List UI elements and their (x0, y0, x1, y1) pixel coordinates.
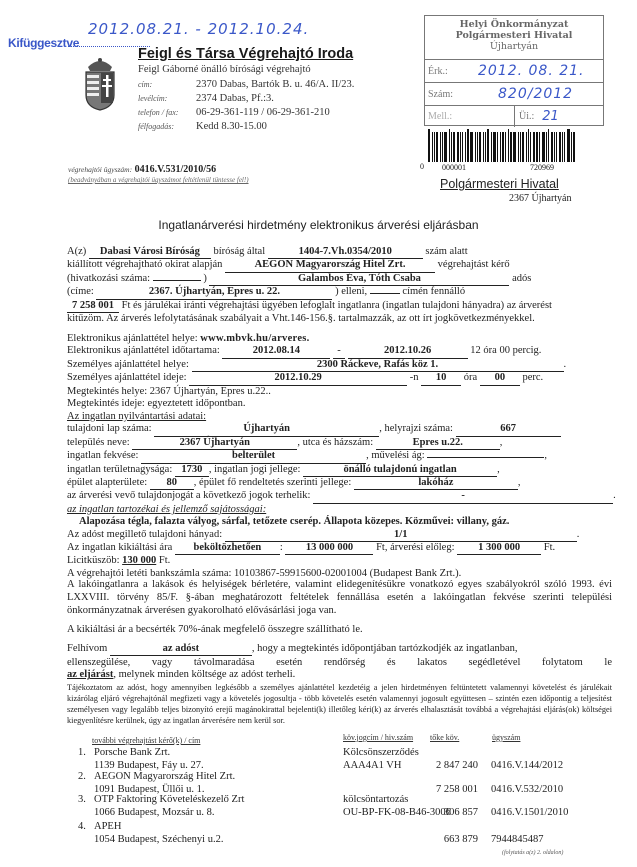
creditor-num: 3. (78, 793, 86, 806)
posted-dates-handwritten: 2012.08.21. - 2012.10.24. (88, 20, 309, 38)
personal-bid-place: 2300 Ráckeve, Rafás köz 1. (192, 359, 564, 372)
auction-section: Elektronikus ajánlattétel helye: www.mbv… (67, 333, 612, 410)
property-features: Alapozása tégla, falazta vályog, sárfal,… (67, 516, 612, 528)
case-number-row: végrehajtói ügyszám: 0416.V.531/2010/56 (68, 164, 216, 175)
creditor-address: 1054 Budapest, Széchenyi u.2. (94, 833, 223, 846)
office-info-phone: telefon / fax:06-29-361-119 / 06-29-361-… (138, 106, 354, 120)
principal-amount: 306 857 (420, 806, 478, 819)
office-info-mail: levélcím:2374 Dabas, Pf.:3. (138, 92, 354, 106)
creditor-num: 4. (78, 820, 86, 833)
szam-value: 820/2012 (498, 86, 573, 102)
col-header-creditors: további végrehajtást kérő(k) / cím (92, 736, 200, 745)
creditor-name: APEH (94, 820, 121, 833)
continued-note: (folytatás a(z) 2. oldalon) (502, 850, 563, 856)
col-header-claim: köv.jogcím / hiv.szám (343, 733, 413, 742)
notice-paragraph: Tájékoztatom az adóst, hogy amennyiben l… (67, 682, 612, 726)
office-name: Feigl és Társa Végrehajtó Iroda (138, 46, 353, 62)
posted-stamp-label: Kifüggesztve (8, 36, 79, 50)
claim-type: kölcsöntartozás (343, 793, 408, 806)
registry-stamp: Helyi Önkormányzat Polgármesteri Hivatal… (424, 15, 604, 126)
property-cultivation (427, 457, 544, 458)
hungarian-coat-of-arms-icon (80, 55, 120, 111)
case-number-label: végrehajtói ügyszám: (68, 165, 132, 174)
ui-label: Üi.: (515, 111, 534, 122)
ownership-share: 1/1 (225, 529, 577, 542)
personal-bid-hour: 10 (421, 372, 461, 385)
call-paragraph: Felhívom az adóst, hogy a megtekintés id… (67, 643, 612, 682)
office-info-hours: félfogadás:Kedd 8.30-15.00 (138, 120, 354, 134)
claim-ref: AAA4A1 VH (343, 759, 401, 772)
property-location: belterület (141, 450, 366, 463)
document-title: Ingatlanárverési hirdetmény elektronikus… (0, 218, 637, 232)
view-place: Megtekintés helye: 2367 Újhartyán, Epres… (67, 386, 612, 398)
principal-amount: 7 258 001 (420, 783, 478, 796)
claim-amount: 7 258 001 (67, 300, 119, 313)
property-rights: - (313, 490, 613, 503)
debtor-names: Galambos Éva, Tóth Csaba (209, 273, 509, 286)
szam-label: Szám: (425, 89, 498, 100)
property-street: Epres u.22. (376, 437, 500, 450)
creditor-name: AEGON Magyarország Hitel Zrt. (94, 770, 235, 783)
case-number-note: (beadványában a végrehajtói ügyszámot fe… (68, 176, 249, 184)
creditor-name: OTP Faktoring Követeléskezelő Zrt (94, 793, 244, 806)
view-time: Megtekintés ideje: egyeztetett időpontba… (67, 398, 612, 410)
case-number: 0416.V.1501/2010 (491, 806, 568, 819)
property-area: 1730 (175, 464, 209, 477)
building-area: 80 (150, 477, 194, 490)
recipient-address: 2367 Újhartyán (509, 193, 572, 204)
case-number: 7944845487 (491, 833, 544, 846)
office-subtitle: Feigl Gáborné önálló bírósági végrehajtó (138, 64, 311, 75)
court-name: Dabasi Városi Bíróság (89, 246, 211, 259)
barcode (428, 132, 592, 162)
e-auction-url[interactable]: www.mbvk.hu/arveres. (200, 333, 309, 344)
property-sheet: Újhartyán (154, 423, 379, 436)
barcode-left-digit: 0 (420, 162, 424, 171)
intro-section: A(z) Dabasi Városi Bíróság bíróság által… (67, 246, 612, 325)
creditor-name: AEGON Magyarország Hitel Zrt. (225, 259, 435, 272)
starting-price: 13 000 000 (285, 542, 373, 555)
price-condition: beköltözhetően (175, 542, 280, 555)
creditor-num: 2. (78, 770, 86, 783)
bid-step: 130 000 (122, 555, 156, 566)
col-header-case: ügyszám (492, 733, 520, 742)
preemption-paragraph: A lakóingatlanra a lakások és helyiségek… (67, 578, 612, 617)
e-auction-to: 2012.10.26 (348, 345, 468, 358)
reduction-paragraph: A kikiáltási ár a becsérték 70%-ának meg… (67, 624, 363, 636)
creditor-name: Porsche Bank Zrt. (94, 746, 170, 759)
property-heading: Az ingatlan nyilvántartási adatai: (67, 411, 612, 423)
mell-label: Mell.: (425, 106, 515, 127)
barcode-code-1: 000001 (442, 163, 466, 172)
auction-deposit: 1 300 000 (457, 542, 541, 555)
call-proc: az eljárást (67, 669, 113, 680)
call-who: az adóst (110, 643, 252, 656)
col-header-principal: tőke köv. (430, 733, 459, 742)
office-info-address: cím:2370 Dabas, Bartók B. u. 46/A. II/23… (138, 78, 354, 92)
property-legal: önálló tulajdonú ingatlan (303, 464, 497, 477)
creditor-num: 1. (78, 746, 86, 759)
principal-amount: 663 879 (420, 833, 478, 846)
e-auction-from: 2012.08.14 (222, 345, 330, 358)
recipient-name: Polgármesteri Hivatal (440, 177, 559, 191)
principal-amount: 2 847 240 (420, 759, 478, 772)
barcode-code-2: 720969 (530, 163, 554, 172)
case-number: 0416.V.531/2010/56 (135, 164, 217, 175)
property-section: Az ingatlan nyilvántartási adatai: tulaj… (67, 411, 612, 580)
court-case-number: 1404-7.Vh.0354/2010 (268, 246, 423, 259)
creditor-address: 1066 Budapest, Mozsár u. 8. (94, 806, 214, 819)
claim-type: Kölcsönszerződés (343, 746, 419, 759)
erk-value: 2012. 08. 21. (478, 63, 585, 79)
erk-label: Érk.: (425, 66, 478, 77)
personal-bid-date: 2012.10.29 (189, 372, 407, 385)
debtor-address: 2367. Újhartyán, Epres u. 22. (96, 286, 332, 299)
ui-value: 21 (534, 109, 559, 124)
case-number: 0416.V.532/2010 (491, 783, 563, 796)
office-info: cím:2370 Dabas, Bartók B. u. 46/A. II/23… (138, 78, 354, 134)
features-heading: az ingatlan tartozékai és jellemző saját… (67, 504, 612, 516)
property-lot: 667 (456, 423, 561, 436)
property-town: 2367 Újhartyán (132, 437, 297, 450)
case-number: 0416.V.144/2012 (491, 759, 563, 772)
personal-bid-min: 00 (480, 372, 520, 385)
building-purpose: lakóház (354, 477, 518, 490)
